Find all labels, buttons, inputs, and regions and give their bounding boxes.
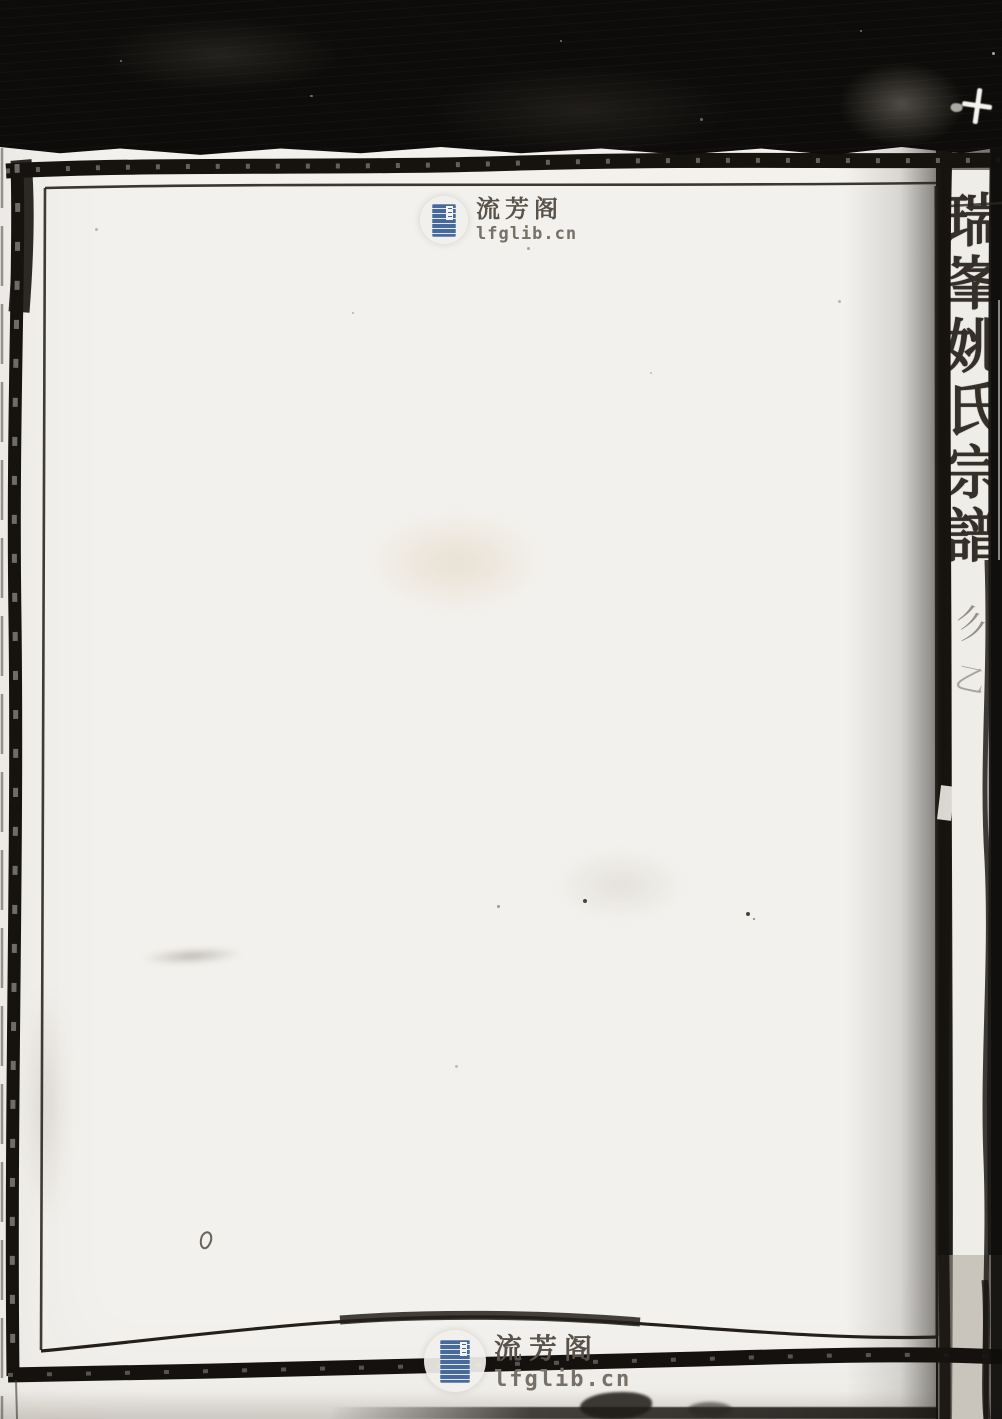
watermark-bottom: 流芳阁 lfglib.cn bbox=[424, 1330, 631, 1392]
watermark-circle bbox=[420, 196, 468, 244]
top-black-band bbox=[0, 0, 1002, 158]
watermark-top: 流芳阁 lfglib.cn bbox=[420, 196, 577, 244]
dust-speck bbox=[560, 40, 562, 42]
dust-speck bbox=[700, 118, 703, 121]
watermark-domain-text: lfglib.cn bbox=[494, 1367, 631, 1392]
dust-speck bbox=[120, 60, 122, 62]
dust-speck bbox=[860, 30, 862, 32]
page-scan: 瑞 峯 姚 氏 宗 譜 彡 乙 bbox=[0, 0, 1002, 1419]
thread-bound-book-icon bbox=[440, 1340, 470, 1383]
cross-registration-mark bbox=[960, 86, 995, 126]
watermark-domain-text: lfglib.cn bbox=[476, 224, 577, 244]
watermark-brand-text: 流芳阁 bbox=[494, 1334, 631, 1363]
watermark-texts: 流芳阁 lfglib.cn bbox=[476, 196, 577, 244]
dust-speck bbox=[992, 52, 995, 55]
watermark-texts: 流芳阁 lfglib.cn bbox=[494, 1330, 631, 1392]
dust-speck bbox=[310, 95, 313, 97]
watermark-circle bbox=[424, 1330, 486, 1392]
watermark-brand-text: 流芳阁 bbox=[476, 196, 577, 221]
thread-bound-book-icon bbox=[432, 204, 456, 237]
